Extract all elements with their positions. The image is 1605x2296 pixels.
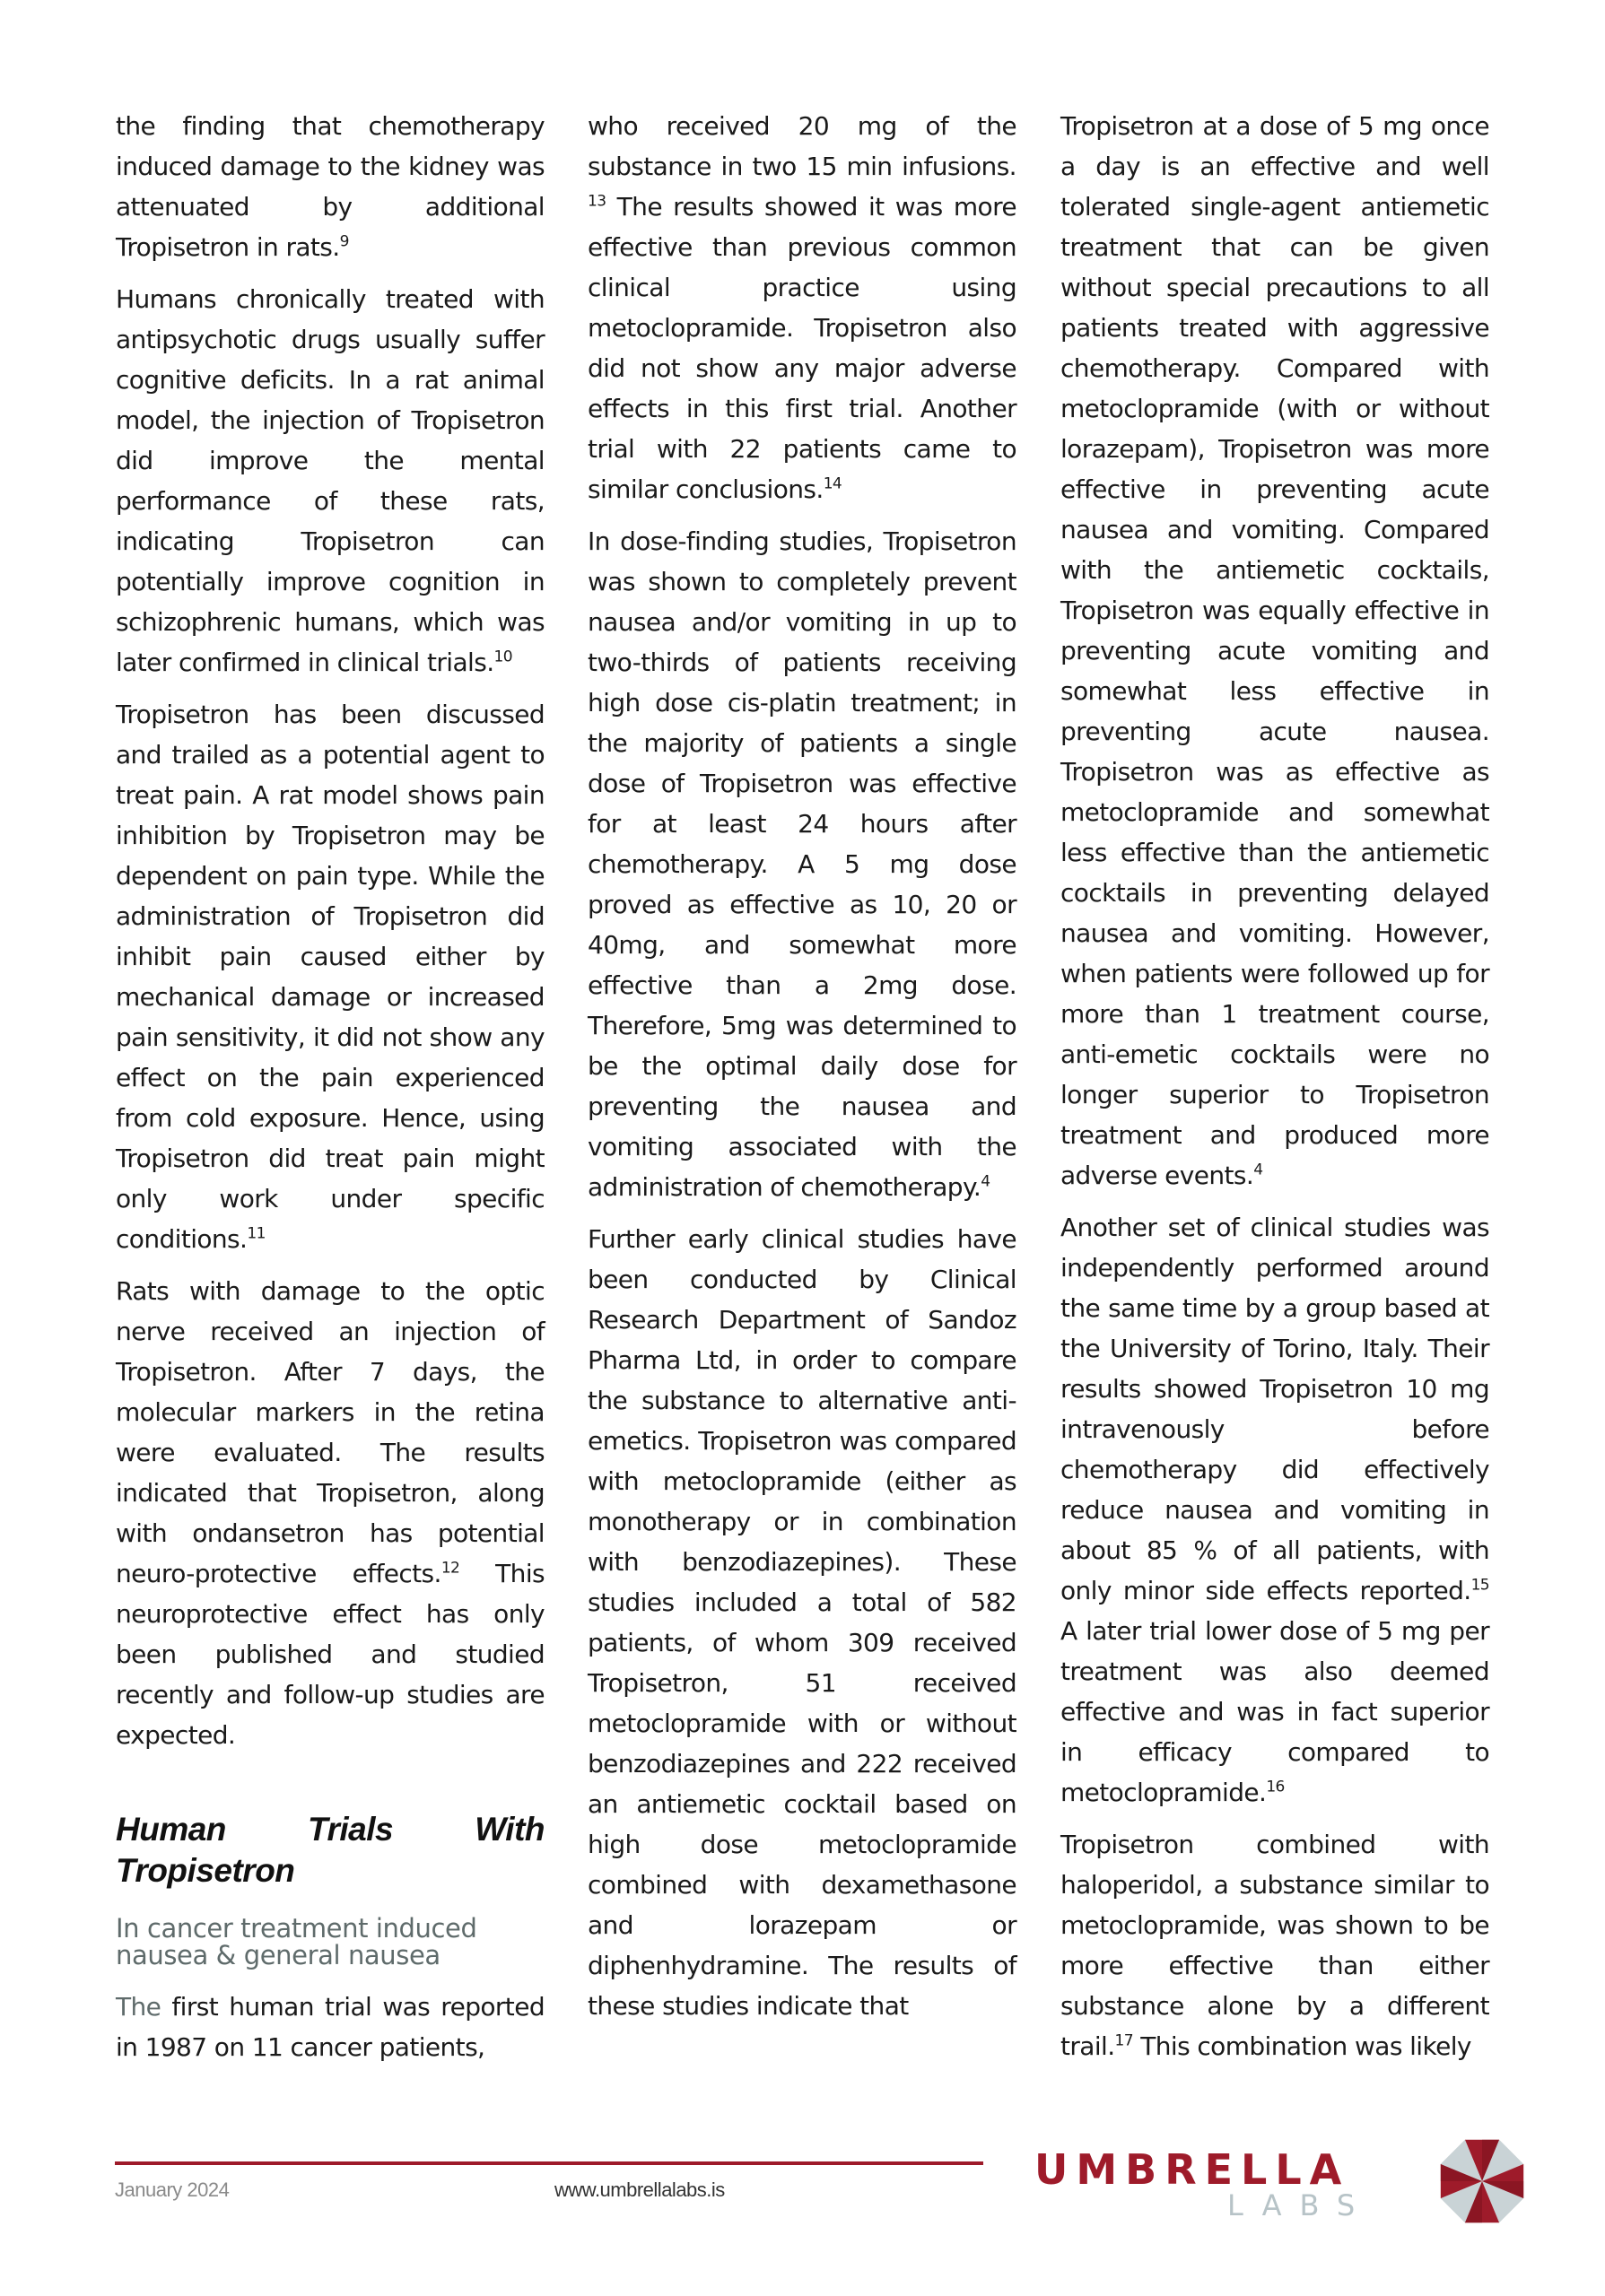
paragraph: Humans chronically treated with antipsyc… <box>116 279 545 683</box>
citation-ref: 16 <box>1266 1779 1284 1796</box>
paragraph: Tropisetron at a dose of 5 mg once a day… <box>1060 106 1489 1196</box>
paragraph-text: Tropisetron has been discussed and trail… <box>116 700 545 1254</box>
citation-ref: 14 <box>824 475 842 493</box>
paragraph-text: Tropisetron at a dose of 5 mg once a day… <box>1060 111 1489 1190</box>
footer-url-link[interactable]: www.umbrellalabs.is <box>554 2179 725 2202</box>
logo-subtext: LABS <box>1227 2188 1373 2222</box>
umbrella-labs-logo: UMBRELLA LABS <box>1023 2135 1534 2242</box>
logo-wordmark: UMBRELLA <box>1034 2145 1349 2194</box>
paragraph-text: Another set of clinical studies was inde… <box>1060 1213 1489 1605</box>
column-3: Tropisetron at a dose of 5 mg once a day… <box>1060 106 1489 2078</box>
paragraph-text: first human trial was reported in 1987 o… <box>116 1992 545 2062</box>
paragraph: Another set of clinical studies was inde… <box>1060 1207 1489 1813</box>
paragraph: who received 20 mg of the substance in t… <box>588 106 1016 509</box>
footer-date: January 2024 <box>115 2179 229 2202</box>
paragraph-text: who received 20 mg of the substance in t… <box>588 111 1016 181</box>
column-2: who received 20 mg of the substance in t… <box>588 106 1016 2038</box>
citation-ref: 13 <box>588 193 606 211</box>
citation-ref: 9 <box>340 233 349 251</box>
paragraph: The first human trial was reported in 19… <box>116 1987 545 2067</box>
paragraph: Rats with damage to the optic nerve rece… <box>116 1271 545 1755</box>
column-1: the finding that chemotherapy induced da… <box>116 106 545 2079</box>
paragraph-text: This combination was likely <box>1133 2031 1471 2061</box>
paragraph: the finding that chemotherapy induced da… <box>116 106 545 267</box>
citation-ref: 15 <box>1471 1577 1489 1595</box>
citation-ref: 11 <box>247 1225 265 1243</box>
citation-ref: 4 <box>981 1173 990 1191</box>
paragraph-text: The results showed it was more effective… <box>588 192 1016 504</box>
section-subheading: In cancer treatment induced nausea & gen… <box>116 1915 545 1969</box>
paragraph-text: the finding that chemotherapy induced da… <box>116 111 545 262</box>
paragraph: Tropisetron combined with haloperidol, a… <box>1060 1824 1489 2066</box>
citation-ref: 17 <box>1115 2032 1133 2050</box>
citation-ref: 4 <box>1253 1161 1262 1179</box>
paragraph: Tropisetron has been discussed and trail… <box>116 694 545 1259</box>
lead-word: The <box>116 1992 161 2022</box>
citation-ref: 12 <box>441 1560 459 1578</box>
section-heading: Human Trials With Tropisetron <box>116 1809 545 1892</box>
footer-divider <box>115 2161 983 2165</box>
paragraph: In dose-finding studies, Tropisetron was… <box>588 521 1016 1207</box>
paragraph-text: In dose-finding studies, Tropisetron was… <box>588 526 1016 1202</box>
paragraph-text: Humans chronically treated with antipsyc… <box>116 284 545 677</box>
paragraph: Further early clinical studies have been… <box>588 1219 1016 2026</box>
paragraph-text: Further early clinical studies have been… <box>588 1224 1016 2021</box>
citation-ref: 10 <box>494 648 512 666</box>
paragraph-text: Tropisetron combined with haloperidol, a… <box>1060 1830 1489 2061</box>
paragraph-text: Rats with damage to the optic nerve rece… <box>116 1276 545 1588</box>
umbrella-octagon-icon <box>1435 2135 1529 2228</box>
